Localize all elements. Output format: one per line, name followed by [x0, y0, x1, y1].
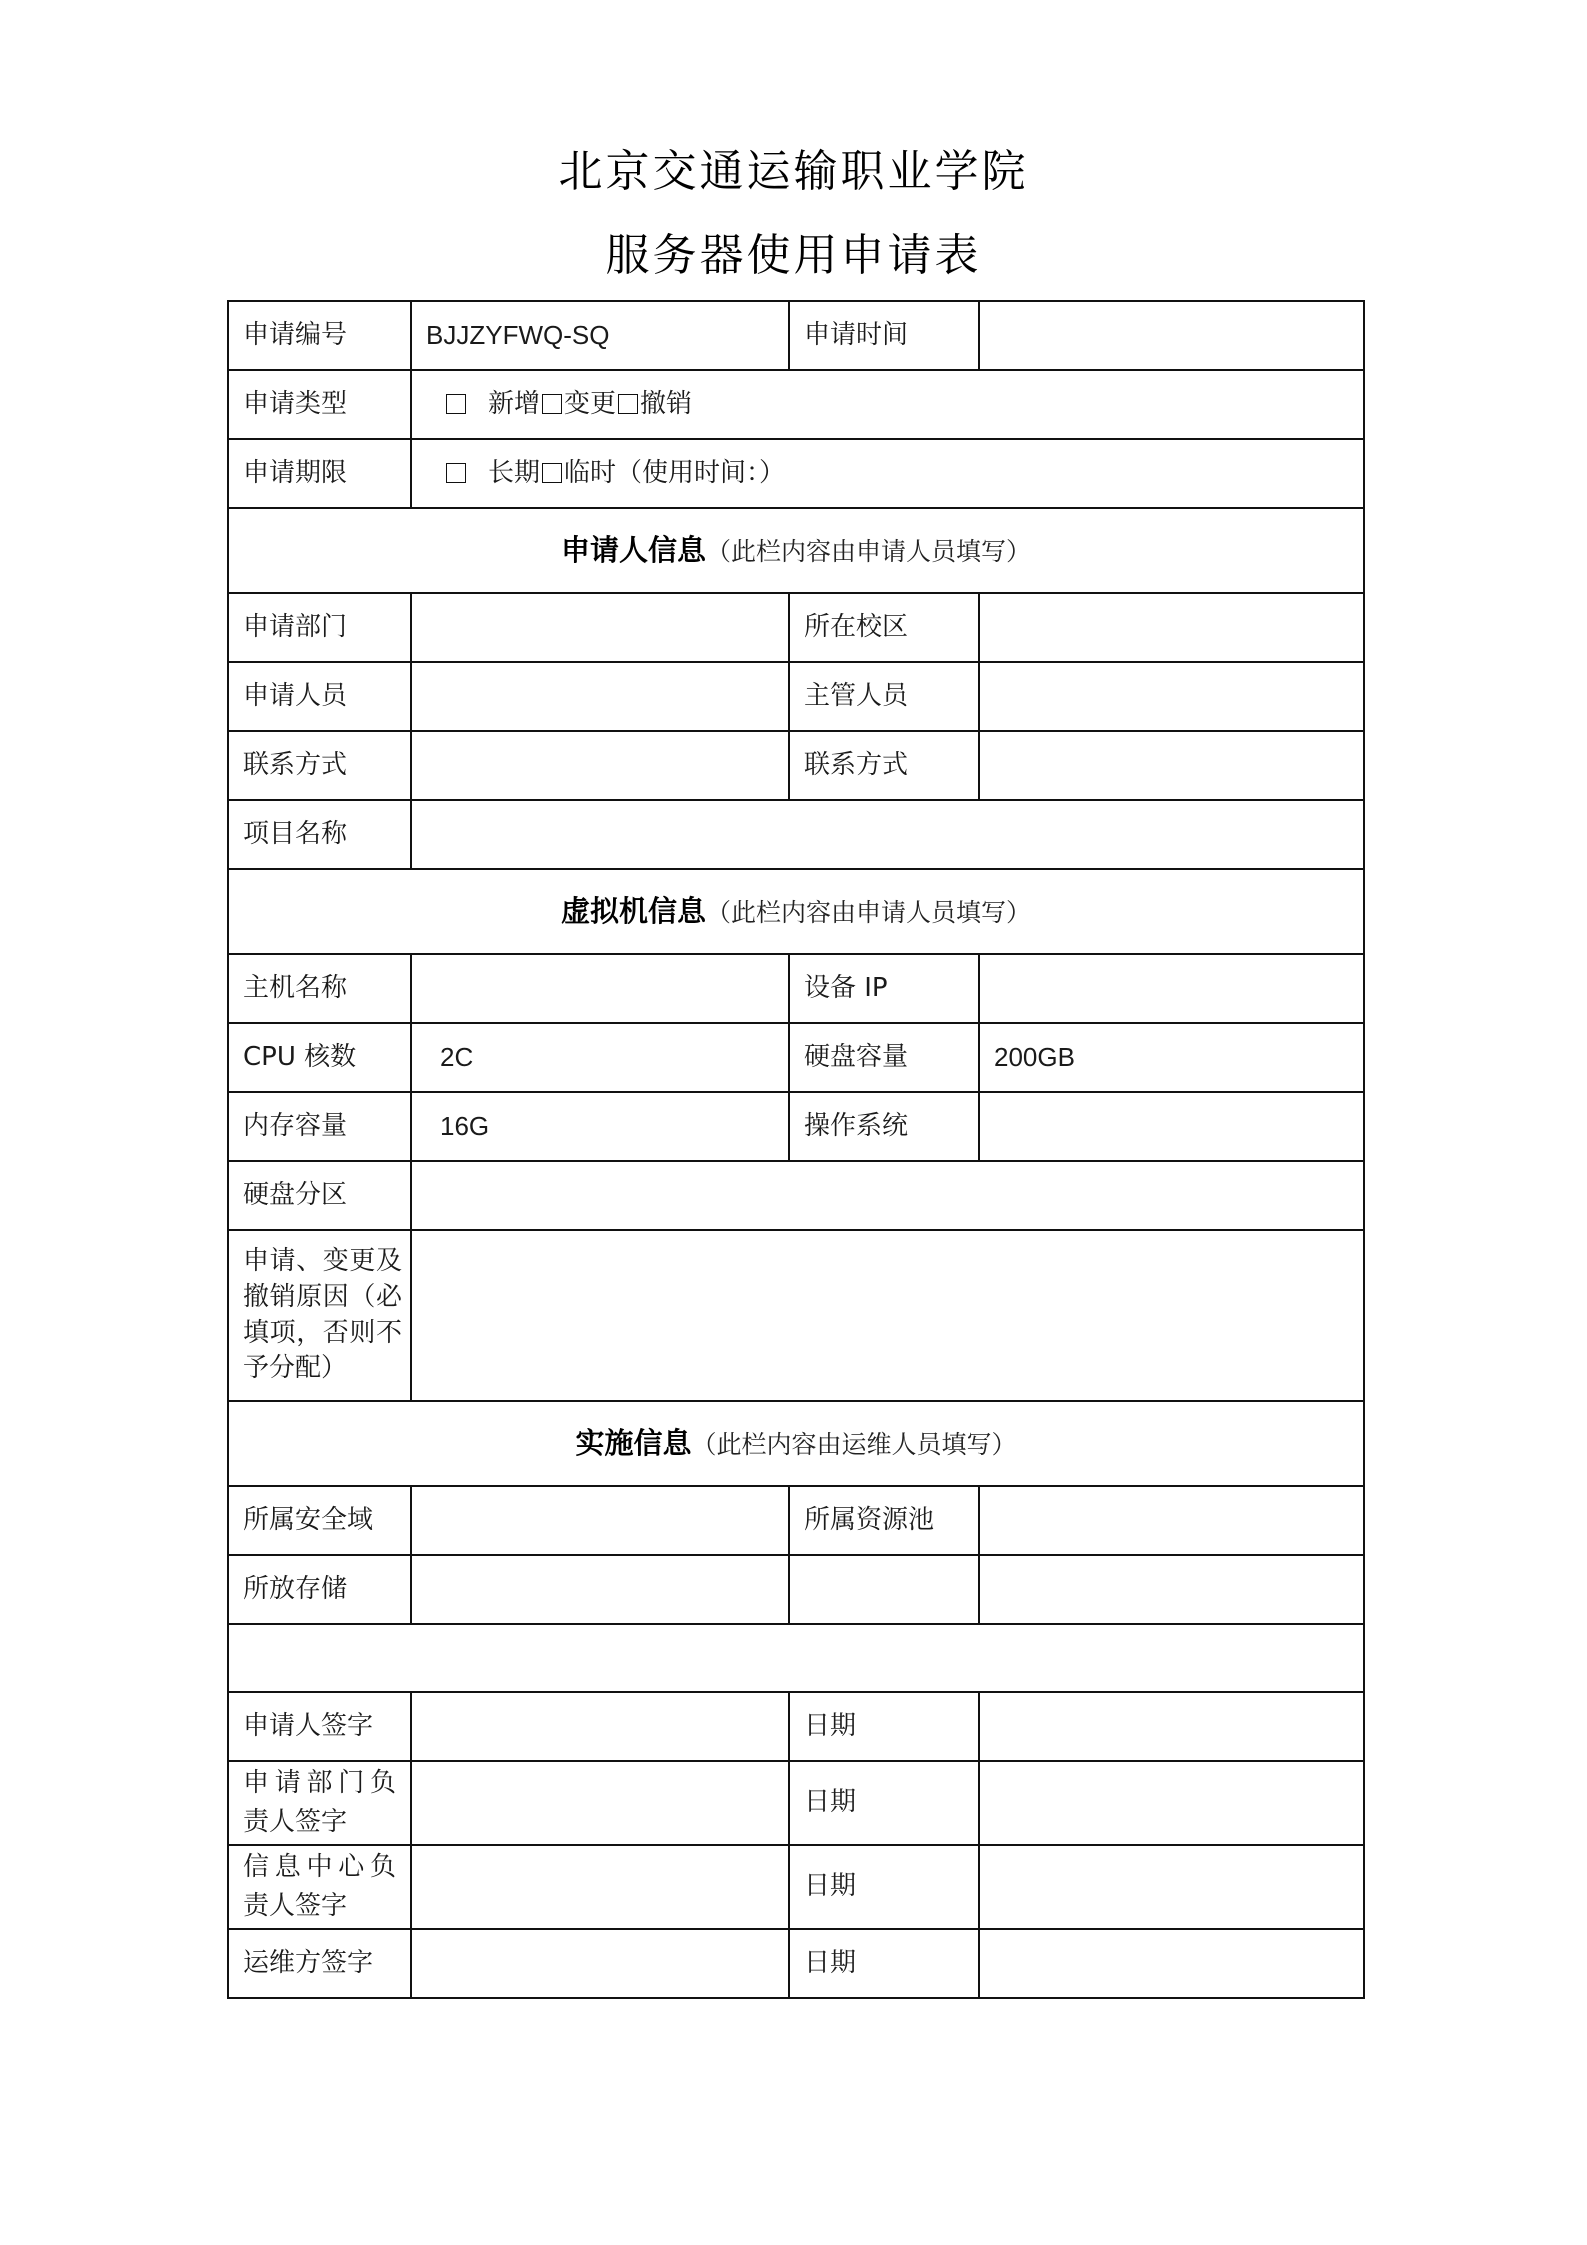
label-device-ip: 设备 IP — [789, 954, 979, 1023]
field-security-domain[interactable] — [411, 1486, 789, 1555]
field-storage-extra-b[interactable] — [979, 1555, 1364, 1624]
field-host-name[interactable] — [411, 954, 789, 1023]
field-campus[interactable] — [979, 593, 1364, 662]
label-department: 申请部门 — [228, 593, 411, 662]
option-revoke: 撤销 — [640, 389, 692, 419]
option-long-term: 长期 — [488, 458, 540, 488]
row-contact: 联系方式 联系方式 — [228, 731, 1364, 800]
field-ops-signature[interactable] — [411, 1929, 789, 1998]
section-applicant-info: 申请人信息（此栏内容由申请人员填写） — [228, 508, 1364, 593]
field-applicant-contact[interactable] — [411, 731, 789, 800]
field-date[interactable] — [979, 1845, 1364, 1929]
label-reason: 申请、变更及 撤销原因（必 填项，否则不 予分配） — [228, 1230, 411, 1401]
row-signature-info-center-head: 信息中心负 责人签字 日期 — [228, 1845, 1364, 1929]
label-memory: 内存容量 — [228, 1092, 411, 1161]
application-period-options: 长期临时（使用时间：） — [411, 439, 1364, 508]
field-os[interactable] — [979, 1092, 1364, 1161]
label-disk-capacity: 硬盘容量 — [789, 1023, 979, 1092]
field-disk-partition[interactable] — [411, 1161, 1364, 1230]
label-line: 责人签字 — [243, 1887, 396, 1926]
row-application-number: 申请编号 BJJZYFWQ-SQ 申请时间 — [228, 301, 1364, 370]
label-host-name: 主机名称 — [228, 954, 411, 1023]
checkbox-revoke-icon[interactable] — [618, 394, 638, 414]
label-date: 日期 — [789, 1692, 979, 1761]
section-title: 实施信息 — [575, 1426, 691, 1460]
row-partition: 硬盘分区 — [228, 1161, 1364, 1230]
option-temporary: 临时（使用时间：） — [564, 458, 785, 488]
row-department: 申请部门 所在校区 — [228, 593, 1364, 662]
field-reason[interactable] — [411, 1230, 1364, 1401]
label-date: 日期 — [789, 1929, 979, 1998]
label-line: 填项，否则不 — [243, 1316, 402, 1352]
label-line: 信息中心负 — [243, 1848, 396, 1887]
label-application-number: 申请编号 — [228, 301, 411, 370]
label-resource-pool: 所属资源池 — [789, 1486, 979, 1555]
row-reason: 申请、变更及 撤销原因（必 填项，否则不 予分配） — [228, 1230, 1364, 1401]
label-ops-signature: 运维方签字 — [228, 1929, 411, 1998]
checkbox-temporary-icon[interactable] — [542, 463, 562, 483]
row-memory: 内存容量 16G 操作系统 — [228, 1092, 1364, 1161]
section-header: 申请人信息（此栏内容由申请人员填写） — [228, 508, 1364, 593]
row-applicant: 申请人员 主管人员 — [228, 662, 1364, 731]
row-storage: 所放存储 — [228, 1555, 1364, 1624]
label-line: 予分配） — [243, 1351, 402, 1387]
label-supervisor-contact: 联系方式 — [789, 731, 979, 800]
section-header: 实施信息（此栏内容由运维人员填写） — [228, 1401, 1364, 1486]
label-disk-partition: 硬盘分区 — [228, 1161, 411, 1230]
label-line: 责人签字 — [243, 1803, 396, 1842]
section-vm-info: 虚拟机信息（此栏内容由申请人员填写） — [228, 869, 1364, 954]
row-blank — [228, 1624, 1364, 1692]
form-title: 服务器使用申请表 — [0, 234, 1587, 278]
field-applicant[interactable] — [411, 662, 789, 731]
field-resource-pool[interactable] — [979, 1486, 1364, 1555]
label-date: 日期 — [789, 1845, 979, 1929]
section-implementation-info: 实施信息（此栏内容由运维人员填写） — [228, 1401, 1364, 1486]
option-change: 变更 — [564, 389, 616, 419]
application-type-options: 新增变更撤销 — [411, 370, 1364, 439]
label-os: 操作系统 — [789, 1092, 979, 1161]
section-note: （此栏内容由申请人员填写） — [706, 898, 1031, 927]
field-application-time[interactable] — [979, 301, 1364, 370]
label-line: 申请部门负 — [243, 1764, 396, 1803]
field-storage-extra-a[interactable] — [789, 1555, 979, 1624]
checkbox-new-icon[interactable] — [446, 394, 466, 414]
blank-cell — [228, 1624, 1364, 1692]
row-host: 主机名称 设备 IP — [228, 954, 1364, 1023]
label-date: 日期 — [789, 1761, 979, 1845]
label-line: 申请、变更及 — [243, 1244, 402, 1280]
section-title: 虚拟机信息 — [561, 894, 706, 928]
label-application-time: 申请时间 — [789, 301, 979, 370]
label-info-center-head-signature: 信息中心负 责人签字 — [228, 1845, 411, 1929]
row-project-name: 项目名称 — [228, 800, 1364, 869]
label-applicant-signature: 申请人签字 — [228, 1692, 411, 1761]
row-application-period: 申请期限 长期临时（使用时间：） — [228, 439, 1364, 508]
row-application-type: 申请类型 新增变更撤销 — [228, 370, 1364, 439]
field-storage[interactable] — [411, 1555, 789, 1624]
field-info-center-head-signature[interactable] — [411, 1845, 789, 1929]
row-signature-applicant: 申请人签字 日期 — [228, 1692, 1364, 1761]
label-applicant-contact: 联系方式 — [228, 731, 411, 800]
label-department-head-signature: 申请部门负 责人签字 — [228, 1761, 411, 1845]
field-device-ip[interactable] — [979, 954, 1364, 1023]
field-date[interactable] — [979, 1929, 1364, 1998]
label-campus: 所在校区 — [789, 593, 979, 662]
institution-name: 北京交通运输职业学院 — [0, 150, 1587, 194]
field-project-name[interactable] — [411, 800, 1364, 869]
field-disk-capacity[interactable]: 200GB — [979, 1023, 1364, 1092]
field-department[interactable] — [411, 593, 789, 662]
label-application-type: 申请类型 — [228, 370, 411, 439]
label-project-name: 项目名称 — [228, 800, 411, 869]
row-cpu: CPU 核数 2C 硬盘容量 200GB — [228, 1023, 1364, 1092]
field-supervisor-contact[interactable] — [979, 731, 1364, 800]
label-applicant: 申请人员 — [228, 662, 411, 731]
field-date[interactable] — [979, 1692, 1364, 1761]
label-storage: 所放存储 — [228, 1555, 411, 1624]
label-supervisor: 主管人员 — [789, 662, 979, 731]
section-note: （此栏内容由运维人员填写） — [692, 1430, 1017, 1459]
label-security-domain: 所属安全域 — [228, 1486, 411, 1555]
row-signature-ops: 运维方签字 日期 — [228, 1929, 1364, 1998]
field-memory[interactable]: 16G — [411, 1092, 789, 1161]
checkbox-long-term-icon[interactable] — [446, 463, 466, 483]
field-supervisor[interactable] — [979, 662, 1364, 731]
label-cpu-cores: CPU 核数 — [228, 1023, 411, 1092]
section-title: 申请人信息 — [561, 533, 706, 567]
field-department-head-signature[interactable] — [411, 1761, 789, 1845]
row-signature-department-head: 申请部门负 责人签字 日期 — [228, 1761, 1364, 1845]
field-application-number[interactable]: BJJZYFWQ-SQ — [411, 301, 789, 370]
field-date[interactable] — [979, 1761, 1364, 1845]
field-cpu-cores[interactable]: 2C — [411, 1023, 789, 1092]
section-note: （此栏内容由申请人员填写） — [706, 537, 1031, 566]
application-form-table: 申请编号 BJJZYFWQ-SQ 申请时间 申请类型 新增变更撤销 申请期限 长… — [227, 300, 1365, 1999]
checkbox-change-icon[interactable] — [542, 394, 562, 414]
section-header: 虚拟机信息（此栏内容由申请人员填写） — [228, 869, 1364, 954]
label-application-period: 申请期限 — [228, 439, 411, 508]
field-applicant-signature[interactable] — [411, 1692, 789, 1761]
label-line: 撤销原因（必 — [243, 1280, 402, 1316]
row-security-domain: 所属安全域 所属资源池 — [228, 1486, 1364, 1555]
option-new: 新增 — [488, 389, 540, 419]
